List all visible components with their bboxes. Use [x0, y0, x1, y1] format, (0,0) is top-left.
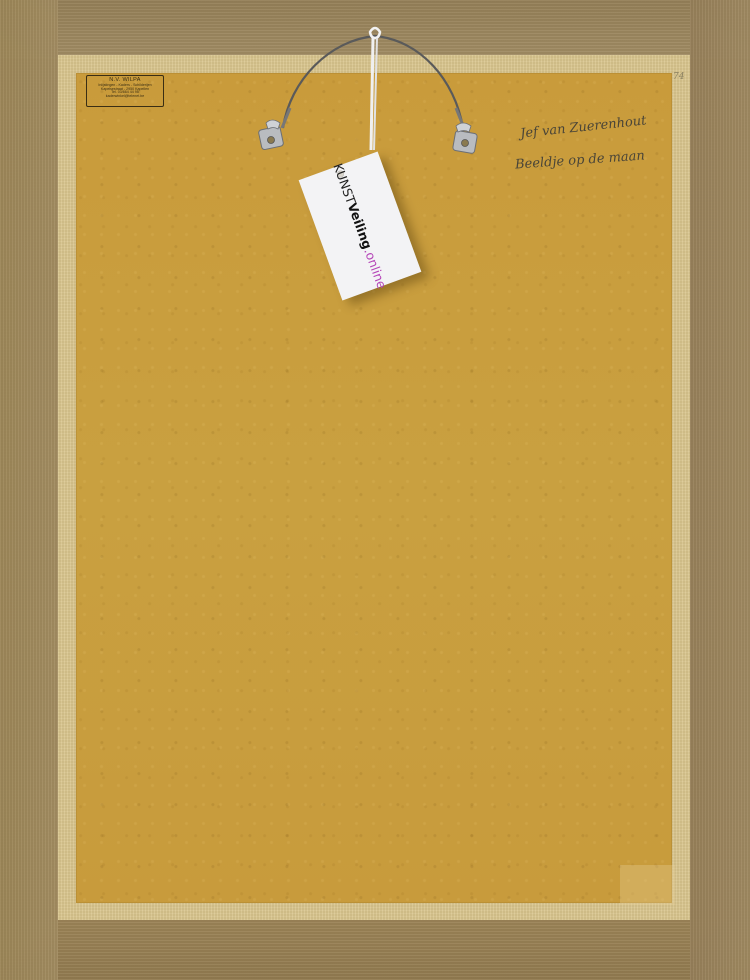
kraft-tape-top [0, 0, 750, 58]
tag-brand-online: .online [361, 246, 389, 291]
framer-stamp-email: kaderwinkel@telenet.be [87, 95, 163, 99]
framer-stamp: N.V. WILPA Inlijstingen - Kaders - Schil… [86, 75, 164, 107]
kraft-tape-left [0, 0, 58, 980]
tag-brand-veiling: Veiling [345, 201, 376, 251]
kraft-tape-bottom [0, 918, 750, 980]
kraft-tape-right [690, 0, 750, 980]
tag-brand-kunst: KUNST [330, 161, 358, 206]
corner-patch [620, 865, 675, 905]
auction-tag-logo: KUNSTVeiling.online [327, 153, 392, 299]
handwritten-corner-mark: 74 [673, 72, 684, 82]
